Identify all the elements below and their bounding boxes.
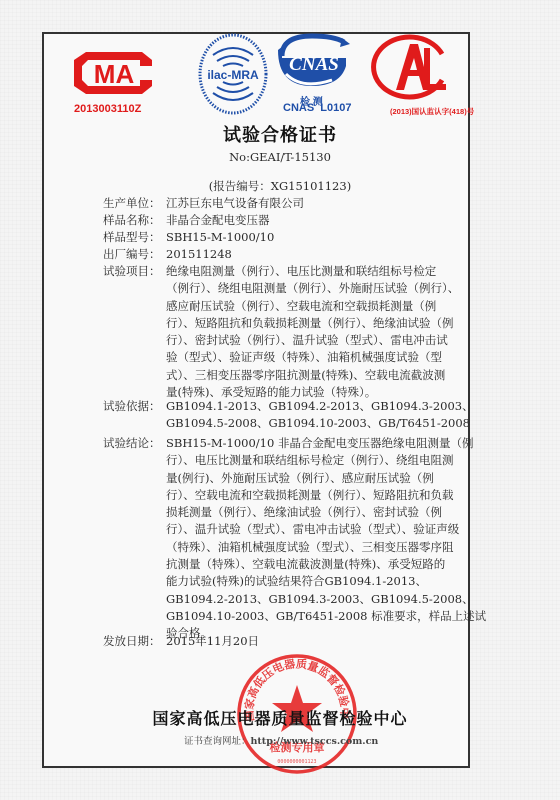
issuing-organization: 国家高低压电器质量监督检验中心 — [0, 706, 560, 729]
ilac-mra-logo: ilac-MRA — [197, 33, 269, 115]
field-label: 样品型号： — [103, 229, 161, 246]
cnas-logo: CNAS — [272, 28, 352, 94]
svg-text:ilac-MRA: ilac-MRA — [207, 68, 259, 82]
text-line: 式）、三相变压器零序阻抗测量(特殊)、空载电流截波测 — [166, 367, 456, 384]
svg-text:MA: MA — [94, 59, 135, 89]
conclusion-label: 试验结论： — [103, 435, 161, 452]
field-label: 样品名称： — [103, 212, 161, 229]
issue-date-label: 发放日期： — [103, 633, 161, 650]
text-line: 行）、短路阻抗和负载损耗测量（例行）、绝缘油试验（例 — [166, 315, 456, 332]
ilac-mra-icon: ilac-MRA — [197, 33, 269, 115]
field-value: 非晶合金配电变压器 — [166, 212, 270, 229]
cma-logo: MA — [70, 46, 158, 98]
text-line: SBH15-M-1000/10 非晶合金配电变压器绝缘电阻测量（例 — [166, 435, 456, 452]
svg-text:0000000001123: 0000000001123 — [277, 759, 316, 765]
text-line: 行）、电压比测量和联结组标号检定（例行）、绕组电阻测 — [166, 452, 456, 469]
cal-code: (2013)国认监认字(418)号 — [390, 106, 474, 117]
text-line: （特殊）、油箱机械强度试验（型式）、三相变压器零序阻 — [166, 539, 456, 556]
text-line: 绝缘电阻测量（例行）、电压比测量和联结组标号检定 — [166, 263, 456, 280]
cma-mark-icon: MA — [70, 46, 158, 98]
text-line: GB1094.2-2013、GB1094.3-2003、GB1094.5-200… — [166, 591, 456, 608]
test-items-text: 绝缘电阻测量（例行）、电压比测量和联结组标号检定 （例行）、绕组电阻测量（例行）… — [166, 263, 456, 401]
cal-mark-icon — [370, 34, 454, 100]
text-line: GB1094.10-2003、GB/T6451-2008 标准要求，样品上述试 — [166, 608, 456, 625]
test-basis-text: GB1094.1-2013、GB1094.2-2013、GB1094.3-200… — [166, 398, 456, 433]
text-line: 验（型式）、验证声级（特殊）、油箱机械强度试验（型 — [166, 349, 456, 366]
cma-code: 2013003110Z — [74, 103, 141, 115]
text-line: 损耗测量（例行）、绝缘油试验（例行）、密封试验（例 — [166, 504, 456, 521]
text-line: 感应耐压试验（例行）、空载电流和空载损耗测量（例 — [166, 298, 456, 315]
issue-date-value: 2015年11月20日 — [166, 633, 259, 650]
cnas-mark-icon: CNAS — [272, 28, 352, 94]
svg-text:CNAS: CNAS — [289, 54, 339, 75]
test-basis-label: 试验依据： — [103, 398, 161, 415]
field-label: 出厂编号： — [103, 246, 161, 263]
query-label: 证书查询网址： — [184, 736, 251, 747]
field-value: 江苏巨东电气设备有限公司 — [166, 195, 304, 212]
field-value: SBH15-M-1000/10 — [166, 229, 274, 246]
text-line: GB1094.5-2008、GB1094.10-2003、GB/T6451-20… — [166, 415, 456, 432]
cal-logo — [370, 34, 454, 100]
test-items-label: 试验项目： — [103, 263, 161, 280]
text-line: 行）、温升试验（型式）、雷电冲击试验（型式）、验证声级 — [166, 521, 456, 538]
certificate-title: 试验合格证书 — [0, 121, 560, 147]
text-line: 抗测量（特殊）、空载电流截波测量(特殊)、承受短路的 — [166, 556, 456, 573]
text-line: GB1094.1-2013、GB1094.2-2013、GB1094.3-200… — [166, 398, 456, 415]
query-url-link[interactable]: http://www.tsccs.com.cn — [251, 736, 379, 747]
text-line: （例行）、绕组电阻测量（例行）、外施耐压试验（例行）、 — [166, 280, 456, 297]
conclusion-text: SBH15-M-1000/10 非晶合金配电变压器绝缘电阻测量（例 行）、电压比… — [166, 435, 456, 643]
text-line: 能力试验(特殊)的试验结果符合GB1094.1-2013、 — [166, 573, 456, 590]
field-value: 201511248 — [166, 246, 232, 263]
text-line: 行）、空载电流和空载损耗测量（例行）、短路阻抗和负载 — [166, 487, 456, 504]
cnas-code: CNAS L0107 — [283, 102, 351, 114]
query-line: 证书查询网址：http://www.tsccs.com.cn — [184, 733, 378, 747]
report-number: (报告编号：XG15101123) — [0, 178, 560, 194]
field-label: 生产单位： — [103, 195, 161, 212]
text-line: 行）、密封试验（例行）、温升试验（型式）、雷电冲击试 — [166, 332, 456, 349]
text-line: 量(例行)、外施耐压试验（例行）、感应耐压试验（例 — [166, 470, 456, 487]
certificate-number: No:GEAI/T-15130 — [0, 150, 560, 164]
